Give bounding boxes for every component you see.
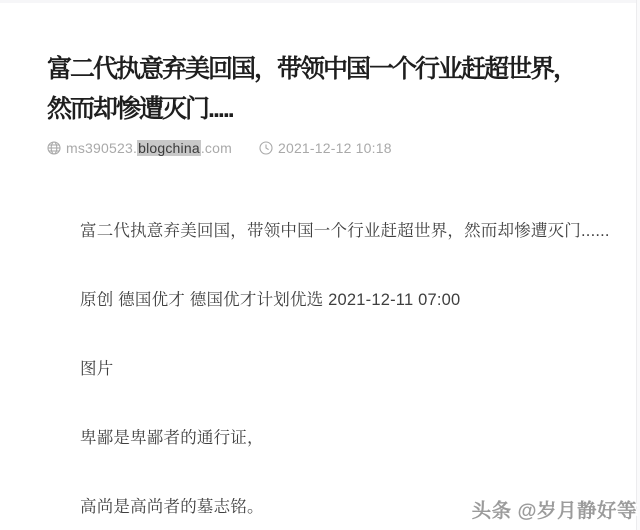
source-url[interactable]: ms390523.blogchina.com	[66, 140, 232, 156]
body-paragraph: 卑鄙是卑鄙者的通行证，	[80, 427, 640, 449]
body-paragraph: 富二代执意弃美回国，带领中国一个行业赶超世界，然而却惨遭灭门......	[80, 220, 640, 242]
right-divider	[636, 0, 640, 530]
source-url-highlight: blogchina	[137, 140, 201, 156]
article-page: 富二代执意弃美回国，带领中国一个行业赶超世界，然而却惨遭灭门..... ms39…	[0, 0, 640, 530]
source-url-prefix: ms390523.	[66, 140, 137, 156]
body-paragraph: 原创 德国优才 德国优才计划优选 2021-12-11 07:00	[80, 289, 640, 311]
article-meta: ms390523.blogchina.com 2021-12-12 10:18	[47, 140, 640, 156]
article-body: 富二代执意弃美回国，带领中国一个行业赶超世界，然而却惨遭灭门...... 原创 …	[0, 220, 640, 518]
page-title: 富二代执意弃美回国，带领中国一个行业赶超世界，然而却惨遭灭门.....	[0, 0, 592, 129]
publish-timestamp: 2021-12-12 10:18	[278, 140, 392, 156]
source-url-suffix: .com	[201, 140, 232, 156]
globe-icon	[47, 141, 61, 155]
toutiao-watermark: 头条 @岁月静好等	[472, 495, 637, 523]
clock-icon	[259, 141, 273, 155]
body-paragraph: 图片	[80, 358, 640, 380]
top-divider	[0, 0, 640, 3]
